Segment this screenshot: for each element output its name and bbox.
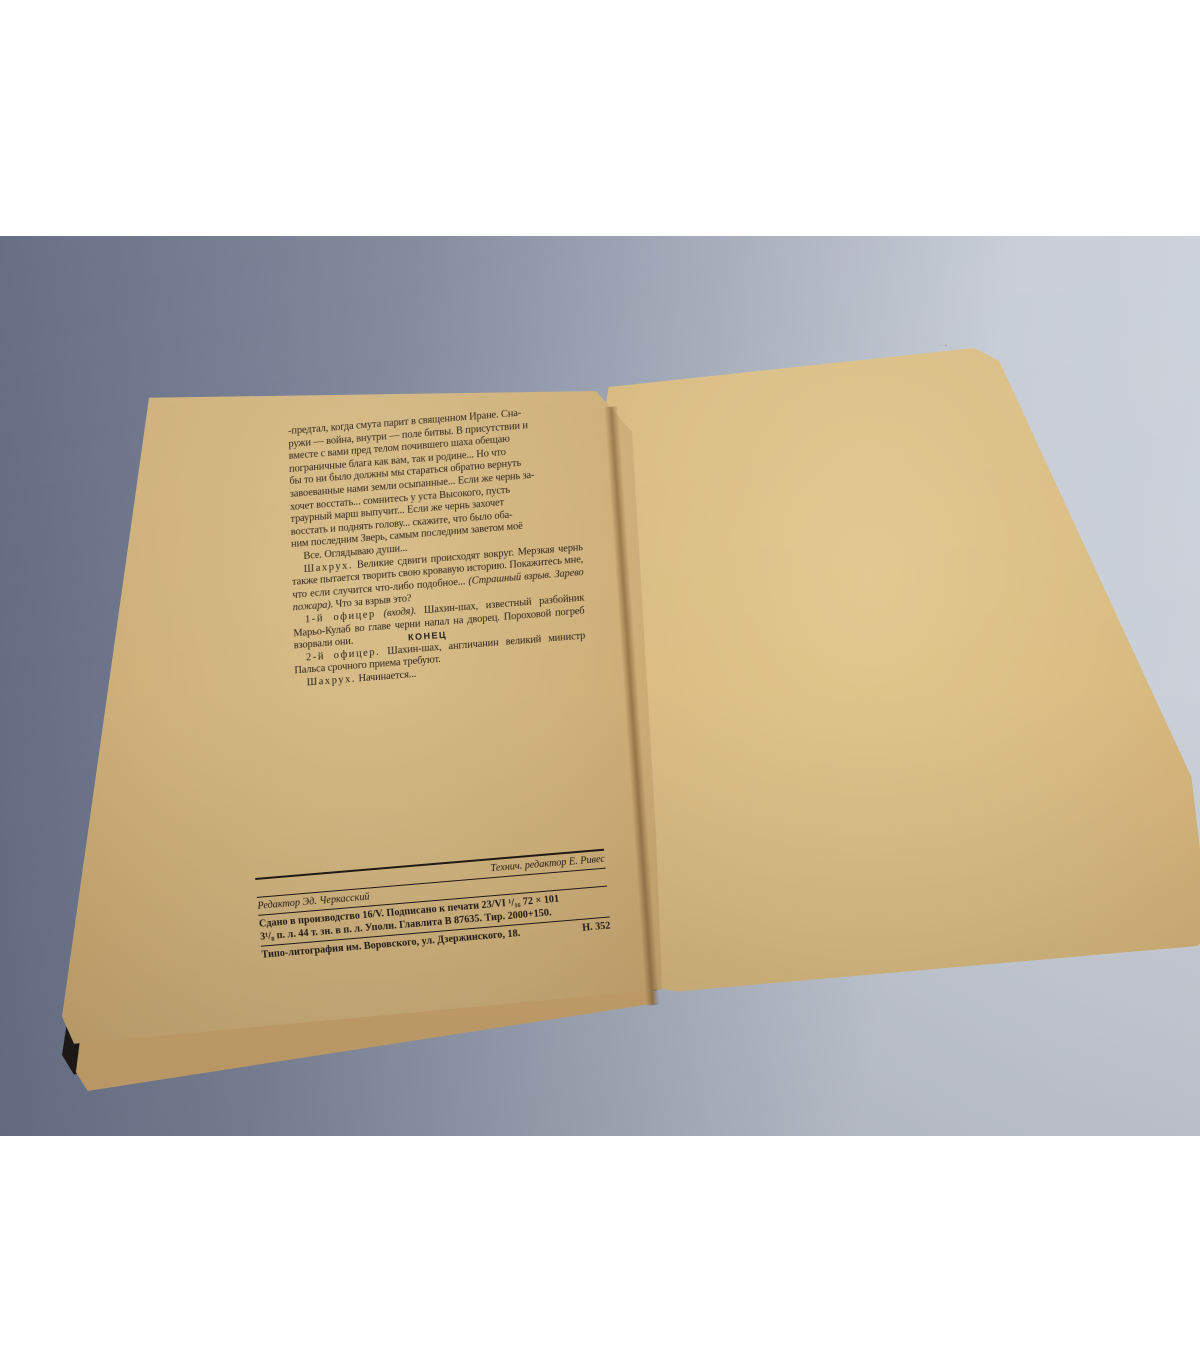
order-number: Н. 352	[582, 919, 611, 934]
stage-direction: (входя).	[383, 605, 416, 619]
book-photograph: -предтал, когда смута парит в священном …	[0, 236, 1200, 1136]
left-page-text: -предтал, когда смута парит в священном …	[288, 403, 586, 691]
speaker-name: Шахрух.	[307, 673, 357, 688]
